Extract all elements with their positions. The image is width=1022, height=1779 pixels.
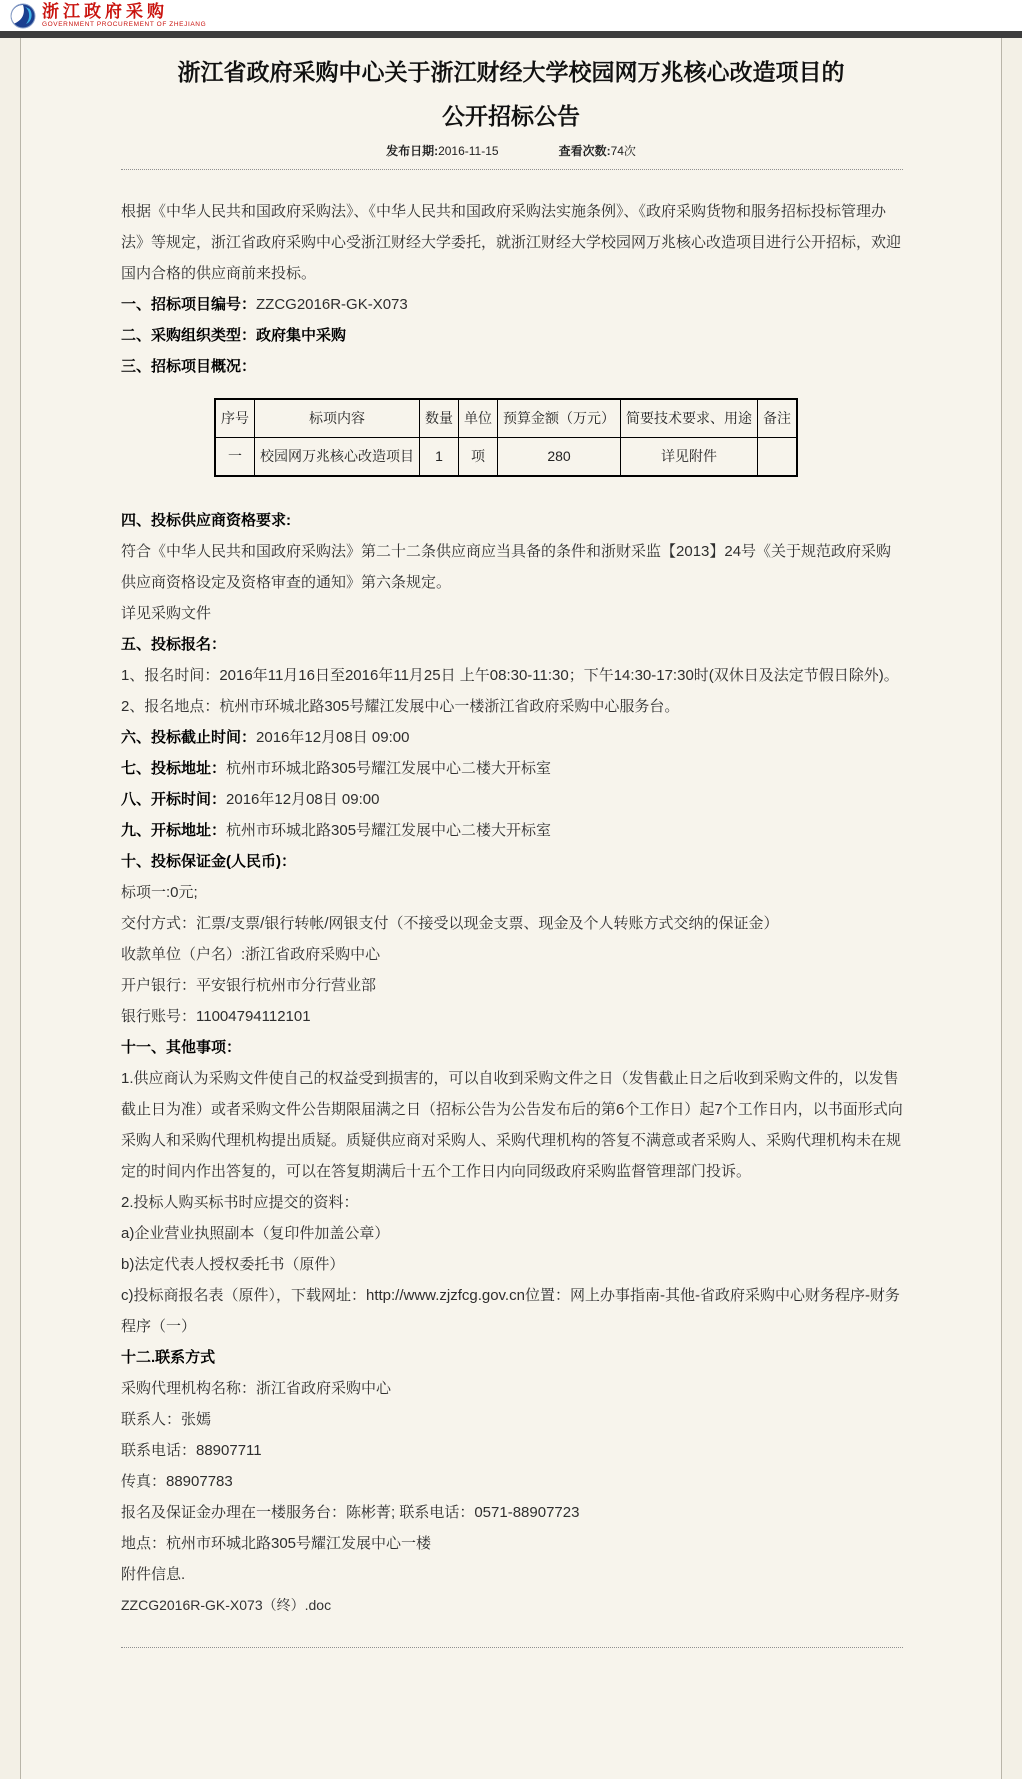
top-logo-bar: 浙江政府采购 GOVERNMENT PROCUREMENT OF ZHEJIAN… [0, 0, 1022, 31]
views-value: 74次 [611, 144, 636, 158]
deposit-amount: 标项一:0元; [121, 877, 905, 908]
col-seq: 序号 [215, 399, 255, 438]
cell-qty: 1 [420, 438, 459, 477]
contact-fax: 传真：88907783 [121, 1466, 905, 1497]
col-budget: 预算金额（万元） [498, 399, 621, 438]
contact-service-desk: 报名及保证金办理在一楼服务台：陈彬菁; 联系电话：0571-88907723 [121, 1497, 905, 1528]
section-6-deadline: 六、投标截止时间：2016年12月08日 09:00 [121, 722, 905, 753]
deposit-payment-method: 交付方式：汇票/支票/银行转帐/网银支付（不接受以现金支票、现金及个人转账方式交… [121, 908, 905, 939]
section-4-see-docs: 详见采购文件 [121, 598, 905, 629]
section-9-open-address: 九、开标地址：杭州市环城北路305号耀江发展中心二楼大开标室 [121, 815, 905, 846]
cell-note [758, 438, 798, 477]
section-10-deposit-heading: 十、投标保证金(人民币)： [121, 846, 905, 877]
contact-phone: 联系电话：88907711 [121, 1435, 905, 1466]
globe-icon [10, 3, 36, 29]
cell-budget: 280 [498, 438, 621, 477]
table-header-row: 序号 标项内容 数量 单位 预算金额（万元） 简要技术要求、用途 备注 [215, 399, 797, 438]
other-matters-2: 2.投标人购买标书时应提交的资料： [121, 1187, 905, 1218]
col-tech: 简要技术要求、用途 [621, 399, 758, 438]
bid-items-table: 序号 标项内容 数量 单位 预算金额（万元） 简要技术要求、用途 备注 一 校园… [214, 398, 798, 477]
announcement-body: 根据《中华人民共和国政府采购法》、《中华人民共和国政府采购法实施条例》、《政府采… [21, 170, 1001, 1621]
page-title: 浙江省政府采购中心关于浙江财经大学校园网万兆核心改造项目的 公开招标公告 [21, 38, 1001, 138]
other-matters-2a: a)企业营业执照副本（复印件加盖公章） [121, 1218, 905, 1249]
publish-date-label: 发布日期: [386, 144, 438, 158]
deposit-bank: 开户银行：平安银行杭州市分行营业部 [121, 970, 905, 1001]
views-label: 查看次数: [559, 144, 611, 158]
logo-text-cn: 浙江政府采购 [42, 3, 206, 20]
other-matters-2b: b)法定代表人授权委托书（原件） [121, 1249, 905, 1280]
header-divider-bar [0, 31, 1022, 38]
section-3-overview-heading: 三、招标项目概况： [121, 351, 905, 382]
attachment-info-label: 附件信息. [121, 1559, 905, 1590]
attachment-doc-link[interactable]: ZZCG2016R-GK-X073（终）.doc [121, 1590, 905, 1621]
deposit-account-number: 银行账号：11004794112101 [121, 1001, 905, 1032]
section-12-contact-heading: 十二.联系方式 [121, 1342, 905, 1373]
col-unit: 单位 [459, 399, 498, 438]
section-8-open-time: 八、开标时间：2016年12月08日 09:00 [121, 784, 905, 815]
table-row: 一 校园网万兆核心改造项目 1 项 280 详见附件 [215, 438, 797, 477]
cell-unit: 项 [459, 438, 498, 477]
contact-address: 地点：杭州市环城北路305号耀江发展中心一楼 [121, 1528, 905, 1559]
cell-item: 校园网万兆核心改造项目 [255, 438, 420, 477]
col-qty: 数量 [420, 399, 459, 438]
announcement-panel: 浙江省政府采购中心关于浙江财经大学校园网万兆核心改造项目的 公开招标公告 发布日… [20, 38, 1002, 1779]
section-1-project-number: 一、招标项目编号：ZZCG2016R-GK-X073 [121, 289, 905, 320]
cell-seq: 一 [215, 438, 255, 477]
col-note: 备注 [758, 399, 798, 438]
registration-time: 1、报名时间：2016年11月16日至2016年11月25日 上午08:30-1… [121, 660, 905, 691]
section-5-heading: 五、投标报名： [121, 629, 905, 660]
other-matters-2c: c)投标商报名表（原件），下载网址：http://www.zjzfcg.gov.… [121, 1280, 905, 1342]
contact-person: 联系人：张嫣 [121, 1404, 905, 1435]
contact-agency: 采购代理机构名称：浙江省政府采购中心 [121, 1373, 905, 1404]
section-7-bid-address: 七、投标地址：杭州市环城北路305号耀江发展中心二楼大开标室 [121, 753, 905, 784]
deposit-payee: 收款单位（户名）:浙江省政府采购中心 [121, 939, 905, 970]
section-2-org-type: 二、采购组织类型：政府集中采购 [121, 320, 905, 351]
col-item: 标项内容 [255, 399, 420, 438]
meta-line: 发布日期:2016-11-15查看次数:74次 [21, 142, 1001, 159]
registration-place: 2、报名地点：杭州市环城北路305号耀江发展中心一楼浙江省政府采购中心服务台。 [121, 691, 905, 722]
bottom-dotted-divider [121, 1647, 903, 1648]
other-matters-1: 1.供应商认为采购文件使自己的权益受到损害的，可以自收到采购文件之日（发售截止日… [121, 1063, 905, 1187]
publish-date-value: 2016-11-15 [438, 144, 499, 158]
page-title-line1: 浙江省政府采购中心关于浙江财经大学校园网万兆核心改造项目的 [21, 50, 1001, 94]
section-11-heading: 十一、其他事项： [121, 1032, 905, 1063]
section-4-text: 符合《中华人民共和国政府采购法》第二十二条供应商应当具备的条件和浙财采监【201… [121, 536, 905, 598]
page-title-line2: 公开招标公告 [21, 94, 1001, 138]
logo-text-en: GOVERNMENT PROCUREMENT OF ZHEJIANG [42, 22, 206, 29]
site-logo[interactable]: 浙江政府采购 GOVERNMENT PROCUREMENT OF ZHEJIAN… [10, 3, 206, 29]
cell-tech: 详见附件 [621, 438, 758, 477]
section-4-heading: 四、投标供应商资格要求: [121, 505, 905, 536]
intro-paragraph: 根据《中华人民共和国政府采购法》、《中华人民共和国政府采购法实施条例》、《政府采… [121, 196, 905, 289]
